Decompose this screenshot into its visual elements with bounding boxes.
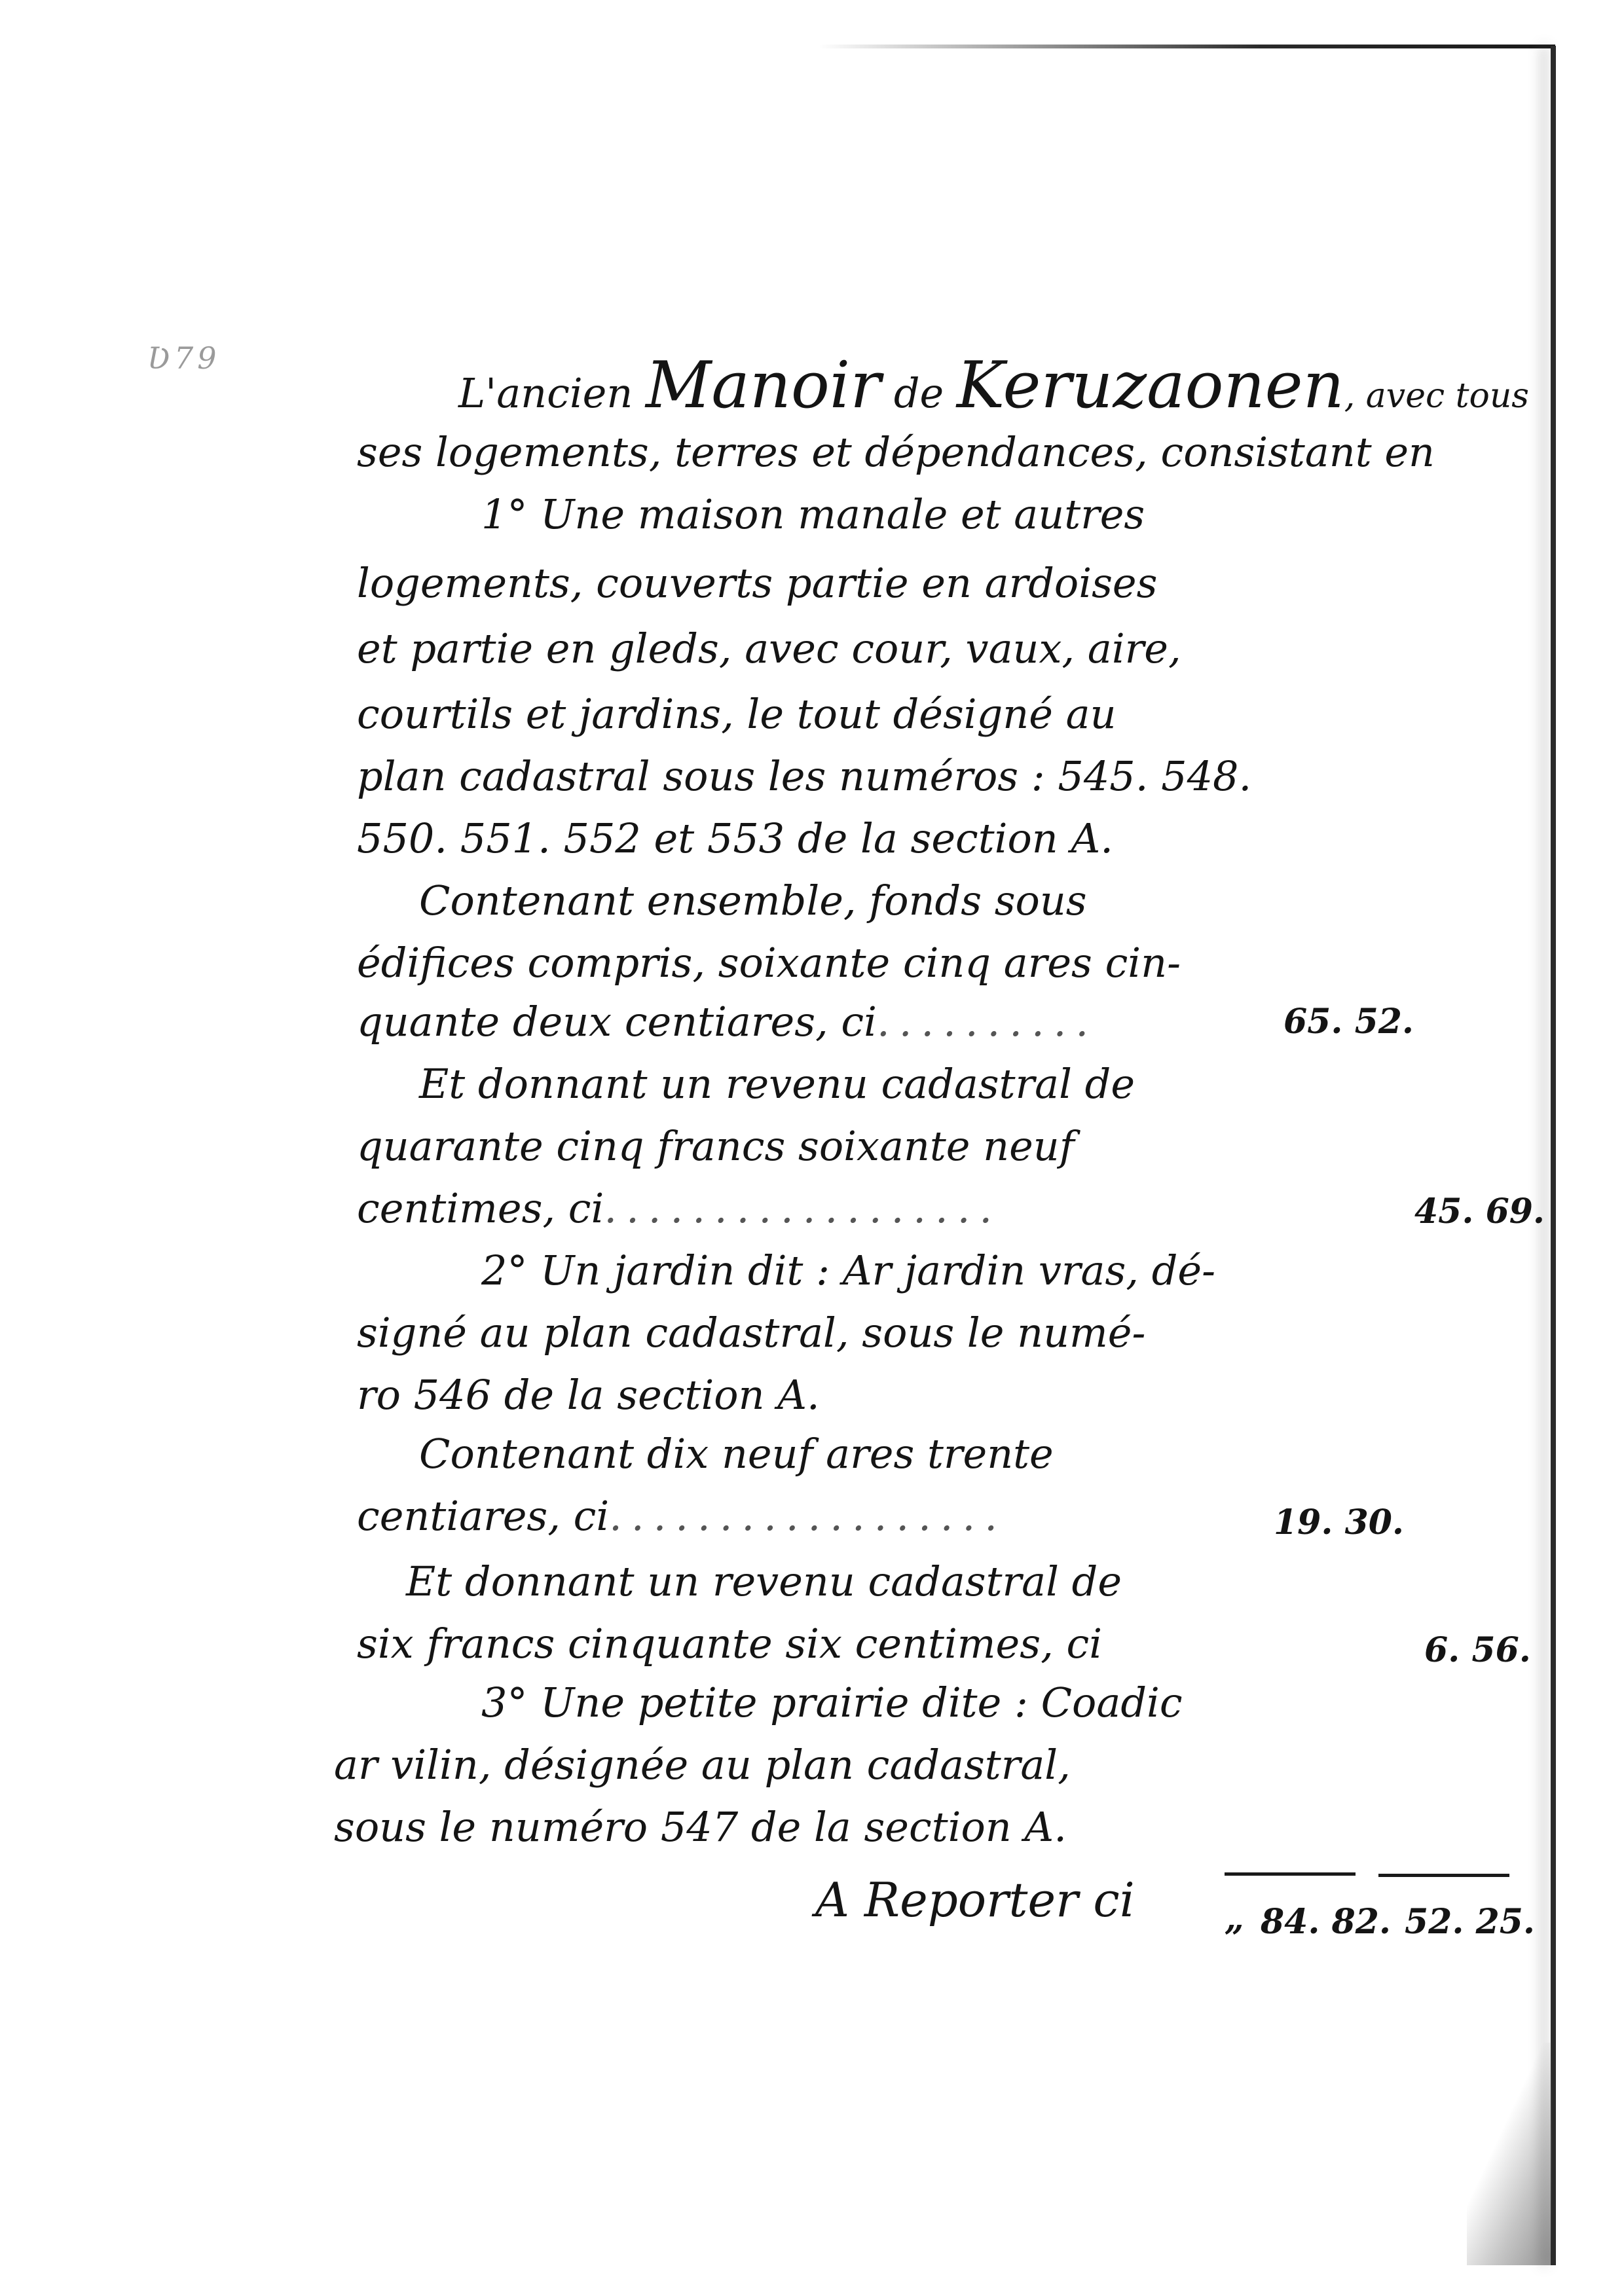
text-line: ro 546 de la section A. xyxy=(357,1375,820,1415)
text-line-with-leader: centiares, ci.................. xyxy=(357,1496,1006,1537)
dot-leader: .......... xyxy=(877,998,1098,1046)
text-line: Et donnant un revenu cadastral de xyxy=(406,1561,1122,1602)
text-line: logements, couverts partie en ardoises xyxy=(357,563,1157,604)
heading-de: de xyxy=(894,369,944,417)
page-edge-top xyxy=(819,45,1555,48)
heading-line: L'ancien Manoir de Keruzaonen, avec tous xyxy=(458,354,1529,418)
text-line: Contenant dix neuf ares trente xyxy=(419,1434,1054,1474)
item-1-title: 1° Une maison manale et autres xyxy=(481,494,1145,535)
revenue-total: 52. 25. xyxy=(1405,1902,1535,1942)
heading-suffix: , avec tous xyxy=(1344,376,1529,416)
heading-prefix: L'ancien xyxy=(458,369,633,417)
text-line: ar vilin, désignée au plan cadastral, xyxy=(334,1745,1071,1785)
area-total: 84. 82. xyxy=(1261,1902,1391,1942)
line-text: centiares, ci xyxy=(357,1492,609,1540)
revenue-figure-item-2: 6. 56. xyxy=(1424,1630,1531,1670)
page-edge-right xyxy=(1551,46,1556,2265)
folded-corner-shadow xyxy=(1467,2043,1552,2265)
text-line: ses logements, terres et dépendances, co… xyxy=(357,432,1435,473)
text-line: Contenant ensemble, fonds sous xyxy=(419,881,1087,921)
dot-leader: .................. xyxy=(604,1184,1001,1232)
item-2-title: 2° Un jardin dit : Ar jardin vras, dé- xyxy=(481,1250,1215,1291)
text-line: courtils et jardins, le tout désigné au xyxy=(357,694,1116,735)
ditto-mark: „ xyxy=(1225,1899,1244,1939)
heading-estate-name: Keruzaonen xyxy=(957,348,1344,423)
text-line: édifices compris, soixante cinq ares cin… xyxy=(357,943,1181,983)
dot-leader: .................. xyxy=(609,1492,1006,1540)
text-line: et partie en gleds, avec cour, vaux, air… xyxy=(357,629,1181,669)
text-line: quarante cinq francs soixante neuf xyxy=(357,1126,1075,1167)
total-rule-revenue xyxy=(1378,1874,1509,1877)
text-line: signé au plan cadastral, sous le numé- xyxy=(357,1313,1145,1353)
heading-manoir: Manoir xyxy=(646,348,881,423)
total-rule-area xyxy=(1225,1872,1356,1876)
text-line-with-leader: quante deux centiares, ci.......... xyxy=(357,1002,1098,1042)
text-line: 550. 551. 552 et 553 de la section A. xyxy=(357,818,1113,859)
line-text: centimes, ci xyxy=(357,1184,604,1232)
text-line: sous le numéro 547 de la section A. xyxy=(334,1807,1067,1848)
revenue-figure-item-1: 45. 69. xyxy=(1414,1192,1545,1231)
text-line: six francs cinquante six centimes, ci xyxy=(357,1624,1102,1664)
text-line-with-leader: centimes, ci.................. xyxy=(357,1188,1001,1229)
margin-pencil-mark: Ʋ79 xyxy=(147,340,220,376)
line-text: quante deux centiares, ci xyxy=(357,998,877,1046)
text-line: plan cadastral sous les numéros : 545. 5… xyxy=(357,756,1251,797)
area-figure-item-1: 65. 52. xyxy=(1283,1002,1414,1042)
carry-forward-label: A Reporter ci xyxy=(815,1872,1135,1927)
text-line: Et donnant un revenu cadastral de xyxy=(419,1064,1135,1104)
item-3-title: 3° Une petite prairie dite : Coadic xyxy=(481,1683,1183,1723)
area-figure-item-2: 19. 30. xyxy=(1274,1503,1404,1542)
